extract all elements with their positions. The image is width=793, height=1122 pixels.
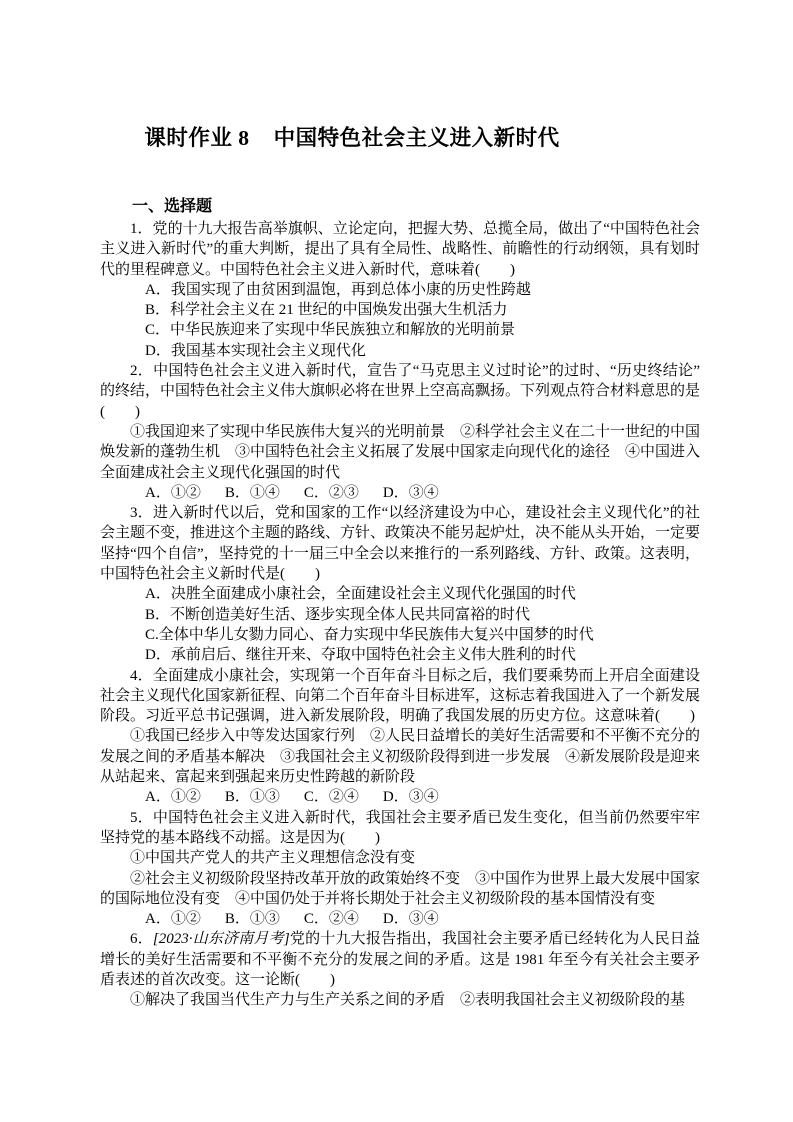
question-2: 2．中国特色社会主义进入新时代，宣告了“马克思主义过时论”的过时、“历史终结论”… — [100, 361, 700, 503]
subitem-paragraph: ①中国共产党人的共产主义理想信念没有变 — [100, 848, 700, 868]
question-list: 1．党的十九大报告高举旗帜、立论定向，把握大势、总揽全局，做出了“中国特色社会主… — [100, 219, 700, 1011]
question-stem: 2．中国特色社会主义进入新时代，宣告了“马克思主义过时论”的过时、“历史终结论”… — [100, 361, 700, 422]
question-4: 4．全面建成小康社会，实现第一个百年奋斗目标之后，我们要乘势而上开启全面建设社会… — [100, 666, 700, 808]
options-row: A．①②B．①④C．②③D．③④ — [100, 483, 700, 503]
question-number: 1． — [130, 221, 153, 237]
option-item: B．①④ — [225, 485, 280, 501]
question-3: 3．进入新时代以后，党和国家的工作“以经济建设为中心，建设社会主义现代化”的社会… — [100, 503, 700, 665]
option-item: D．③④ — [383, 485, 439, 501]
question-number: 6． — [130, 931, 153, 947]
question-5: 5．中国特色社会主义进入新时代，我国社会主要矛盾已发生变化，但当前仍然要牢牢坚持… — [100, 808, 700, 930]
question-number: 4． — [130, 668, 153, 684]
option-item: D．③④ — [383, 789, 439, 805]
option-item: C．②④ — [304, 911, 359, 927]
option-line: C.全体中华儿女勠力同心、奋力实现中华民族伟大复兴中国梦的时代 — [100, 625, 700, 645]
lesson-title-text: 中国特色社会主义进入新时代 — [274, 126, 560, 150]
worksheet-page: 课时作业 8中国特色社会主义进入新时代 一、选择题 1．党的十九大报告高举旗帜、… — [0, 0, 793, 1122]
options-row: A．①②B．①③C．②④D．③④ — [100, 787, 700, 807]
option-line: B．科学社会主义在 21 世纪的中国焕发出强大生机活力 — [100, 300, 700, 320]
option-line: B．不断创造美好生活、逐步实现全体人民共同富裕的时代 — [100, 605, 700, 625]
question-stem-text: 党的十九大报告高举旗帜、立论定向，把握大势、总揽全局，做出了“中国特色社会主义进… — [100, 221, 700, 278]
option-line: A．决胜全面建成小康社会，全面建设社会主义现代化强国的时代 — [100, 584, 700, 604]
lesson-number-label: 课时作业 8 — [144, 126, 249, 150]
options-row: A．①②B．①③C．②④D．③④ — [100, 909, 700, 929]
option-item: A．①② — [145, 485, 201, 501]
option-item: B．①③ — [225, 911, 280, 927]
question-stem: 4．全面建成小康社会，实现第一个百年奋斗目标之后，我们要乘势而上开启全面建设社会… — [100, 666, 700, 727]
question-source-tag: [2023·山东济南月考] — [153, 931, 290, 947]
question-stem: 1．党的十九大报告高举旗帜、立论定向，把握大势、总揽全局，做出了“中国特色社会主… — [100, 219, 700, 280]
question-stem: 6．[2023·山东济南月考]党的十九大报告指出，我国社会主要矛盾已经转化为人民… — [100, 929, 700, 990]
option-line: D．我国基本实现社会主义现代化 — [100, 341, 700, 361]
subitem-paragraph: ②社会主义初级阶段坚持改革开放的政策始终不变 ③中国作为世界上最大发展中国家的国… — [100, 869, 700, 910]
question-stem-text: 中国特色社会主义进入新时代，我国社会主要矛盾已发生变化，但当前仍然要牢牢坚持党的… — [100, 810, 700, 846]
page-title: 课时作业 8中国特色社会主义进入新时代 — [100, 125, 700, 151]
question-number: 2． — [130, 363, 153, 379]
option-item: A．①② — [145, 789, 201, 805]
question-number: 5． — [130, 810, 153, 826]
option-item: A．①② — [145, 911, 201, 927]
question-stem-text: 中国特色社会主义进入新时代，宣告了“马克思主义过时论”的过时、“历史终结论”的终… — [100, 363, 700, 420]
option-item: D．③④ — [383, 911, 439, 927]
option-item: C．②④ — [304, 789, 359, 805]
page-content: 课时作业 8中国特色社会主义进入新时代 一、选择题 1．党的十九大报告高举旗帜、… — [100, 125, 700, 1011]
subitem-paragraph: ①我国已经步入中等发达国家行列 ②人民日益增长的美好生活需要和不平衡不充分的发展… — [100, 726, 700, 787]
question-1: 1．党的十九大报告高举旗帜、立论定向，把握大势、总揽全局，做出了“中国特色社会主… — [100, 219, 700, 361]
subitem-paragraph: ①解决了我国当代生产力与生产关系之间的矛盾 ②表明我国社会主义初级阶段的基 — [100, 990, 700, 1010]
question-stem-text: 进入新时代以后，党和国家的工作“以经济建设为中心，建设社会主义现代化”的社会主题… — [100, 505, 700, 582]
question-number: 3． — [130, 505, 153, 521]
subitem-paragraph: ①我国迎来了实现中华民族伟大复兴的光明前景 ②科学社会主义在二十一世纪的中国焕发… — [100, 422, 700, 483]
question-stem-text: 全面建成小康社会，实现第一个百年奋斗目标之后，我们要乘势而上开启全面建设社会主义… — [100, 668, 700, 725]
option-line: D．承前启后、继往开来、夺取中国特色社会主义伟大胜利的时代 — [100, 645, 700, 665]
question-stem: 5．中国特色社会主义进入新时代，我国社会主要矛盾已发生变化，但当前仍然要牢牢坚持… — [100, 808, 700, 849]
question-stem: 3．进入新时代以后，党和国家的工作“以经济建设为中心，建设社会主义现代化”的社会… — [100, 503, 700, 584]
option-item: B．①③ — [225, 789, 280, 805]
option-line: A．我国实现了由贫困到温饱，再到总体小康的历史性跨越 — [100, 280, 700, 300]
section-heading: 一、选择题 — [100, 196, 700, 218]
option-line: C．中华民族迎来了实现中华民族独立和解放的光明前景 — [100, 320, 700, 340]
option-item: C．②③ — [304, 485, 359, 501]
question-6: 6．[2023·山东济南月考]党的十九大报告指出，我国社会主要矛盾已经转化为人民… — [100, 929, 700, 1010]
